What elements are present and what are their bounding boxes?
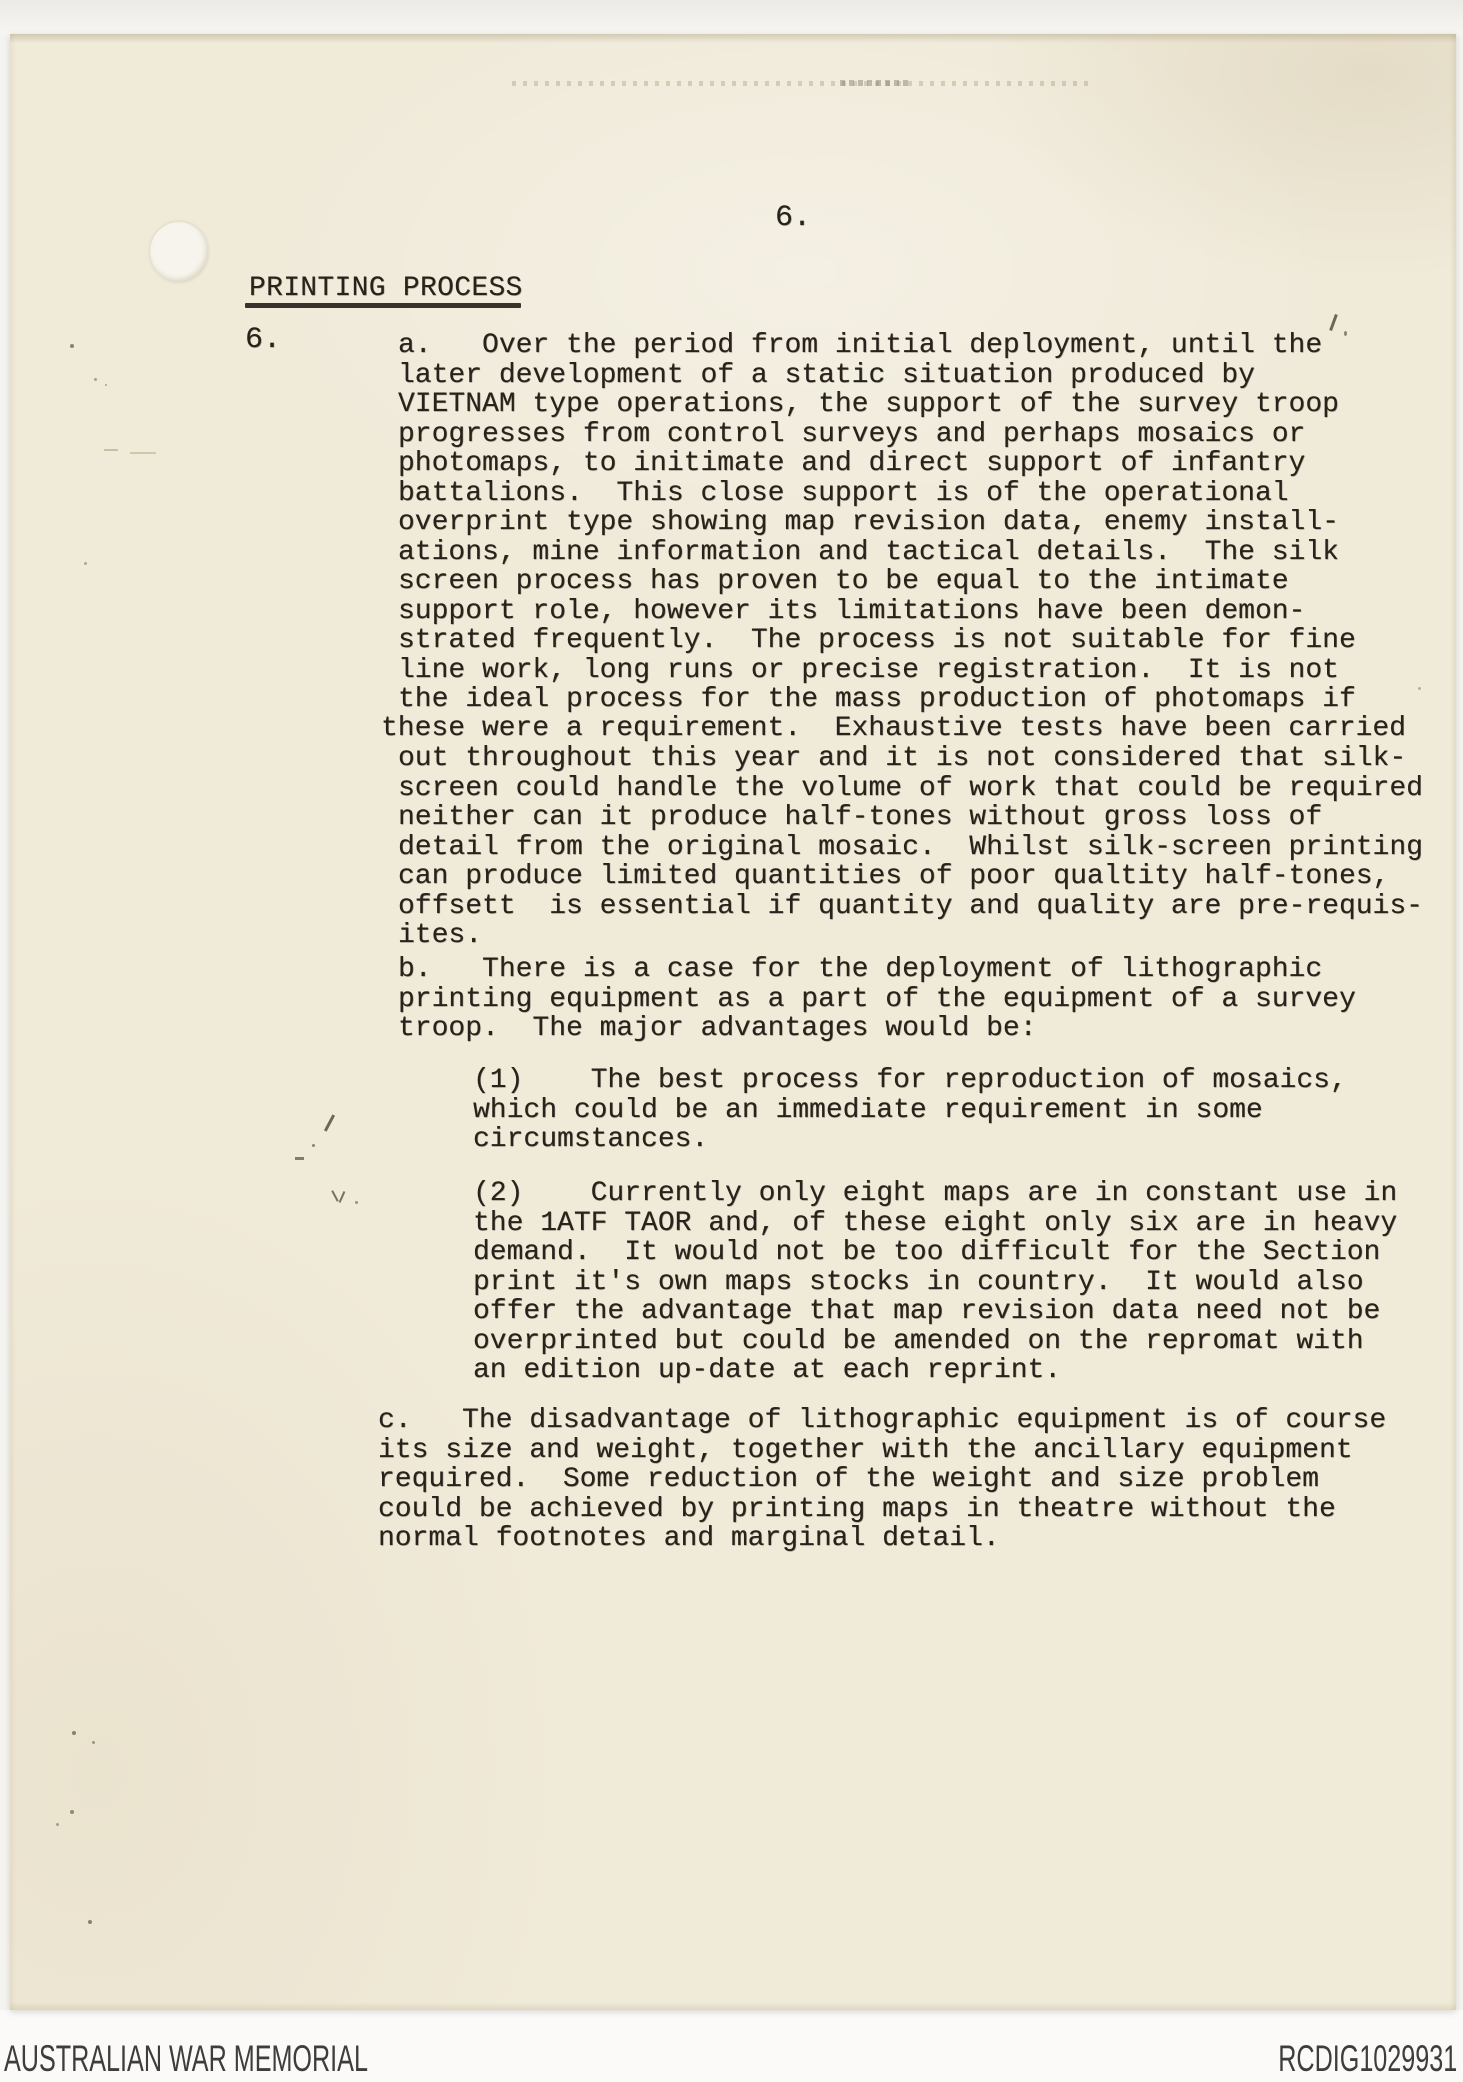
hole-punch xyxy=(150,222,208,282)
scan-speck xyxy=(70,344,74,348)
scan-speck xyxy=(355,1201,358,1204)
scan-speck xyxy=(88,1920,92,1924)
scan-speck xyxy=(312,1144,315,1147)
paragraph-a-part2: out throughout this year and it is not c… xyxy=(398,744,1423,951)
pencil-dash xyxy=(295,1157,304,1160)
paragraph-a-part1: a. Over the period from initial deployme… xyxy=(398,331,1356,715)
scan-speck xyxy=(92,1741,95,1744)
scan-speck xyxy=(70,1810,74,1814)
subparagraph-2: (2) Currently only eight maps are in con… xyxy=(473,1179,1397,1386)
scan-smudge xyxy=(104,449,118,451)
reference-id-label: RCDIG1029931 xyxy=(1278,2038,1457,2080)
subparagraph-1: (1) The best process for reproduction of… xyxy=(473,1066,1347,1155)
section-heading: PRINTING PROCESS xyxy=(249,274,523,304)
paragraph-b: b. There is a case for the deployment of… xyxy=(398,955,1356,1044)
scan-smudge xyxy=(130,452,156,454)
scanned-document-viewer: 6. PRINTING PROCESS 6. a. Over the perio… xyxy=(0,0,1463,2082)
item-number: 6. xyxy=(245,326,281,356)
scan-speck xyxy=(105,384,107,386)
page-number: 6. xyxy=(775,204,811,234)
heading-underline xyxy=(245,303,521,308)
scan-speck xyxy=(94,378,97,381)
scan-speck xyxy=(84,562,87,565)
archive-name-label: AUSTRALIAN WAR MEMORIAL xyxy=(4,2038,368,2080)
ghost-text-fragment xyxy=(840,80,910,86)
ghost-text-line xyxy=(512,81,1092,86)
scan-speck xyxy=(72,1731,76,1735)
paragraph-c: c. The disadvantage of lithographic equi… xyxy=(378,1406,1386,1554)
scan-speck xyxy=(56,1823,59,1826)
paragraph-a-outdent-line: these were a requirement. Exhaustive tes… xyxy=(381,714,1406,744)
scan-speck xyxy=(1418,687,1421,690)
scanner-background-top xyxy=(0,0,1463,34)
